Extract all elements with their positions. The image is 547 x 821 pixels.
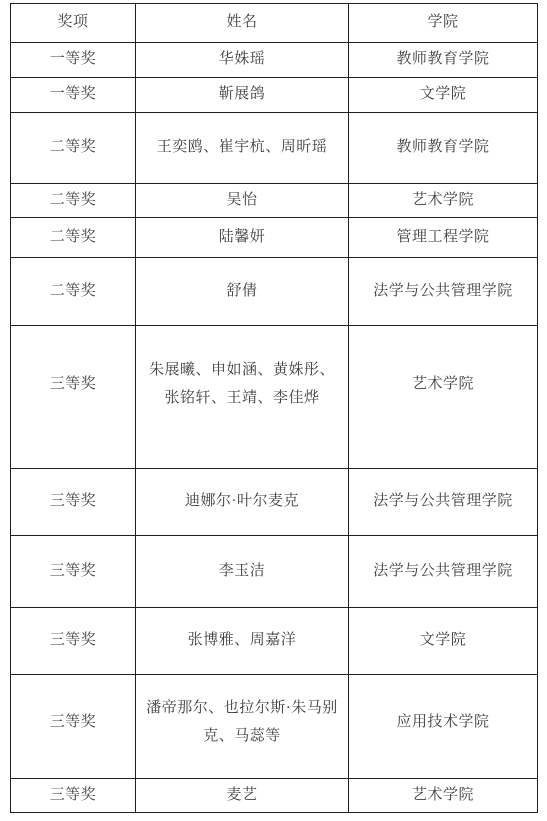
award-cell: 二等奖 (11, 218, 136, 258)
name-cell: 舒倩 (136, 258, 349, 326)
name-cell: 靳展鸽 (136, 78, 349, 113)
table-row: 二等奖王奕鸥、崔宇杭、周昕瑶教师教育学院 (11, 113, 538, 184)
header-college: 学院 (349, 4, 538, 43)
awards-table: 奖项 姓名 学院 一等奖华姝瑶教师教育学院一等奖靳展鸽文学院二等奖王奕鸥、崔宇杭… (10, 3, 538, 813)
header-name: 姓名 (136, 4, 349, 43)
award-cell: 二等奖 (11, 113, 136, 184)
table-row: 三等奖朱展曦、申如涵、黄姝彤、张铭轩、王靖、李佳烨艺术学院 (11, 326, 538, 469)
college-cell: 法学与公共管理学院 (349, 536, 538, 608)
table-row: 三等奖迪娜尔·叶尔麦克法学与公共管理学院 (11, 469, 538, 536)
college-cell: 文学院 (349, 78, 538, 113)
name-cell: 王奕鸥、崔宇杭、周昕瑶 (136, 113, 349, 184)
name-cell: 朱展曦、申如涵、黄姝彤、张铭轩、王靖、李佳烨 (136, 326, 349, 469)
table-row: 三等奖麦艺艺术学院 (11, 779, 538, 813)
award-cell: 三等奖 (11, 608, 136, 675)
college-cell: 艺术学院 (349, 184, 538, 218)
college-cell: 艺术学院 (349, 326, 538, 469)
college-cell: 管理工程学院 (349, 218, 538, 258)
name-cell: 陆馨妍 (136, 218, 349, 258)
table-row: 二等奖陆馨妍管理工程学院 (11, 218, 538, 258)
college-cell: 法学与公共管理学院 (349, 469, 538, 536)
name-cell: 李玉洁 (136, 536, 349, 608)
college-cell: 文学院 (349, 608, 538, 675)
header-row: 奖项 姓名 学院 (11, 4, 538, 43)
college-cell: 教师教育学院 (349, 113, 538, 184)
name-cell: 华姝瑶 (136, 43, 349, 78)
college-cell: 法学与公共管理学院 (349, 258, 538, 326)
award-cell: 三等奖 (11, 536, 136, 608)
award-cell: 二等奖 (11, 184, 136, 218)
college-cell: 艺术学院 (349, 779, 538, 813)
table-row: 二等奖舒倩法学与公共管理学院 (11, 258, 538, 326)
name-cell: 迪娜尔·叶尔麦克 (136, 469, 349, 536)
college-cell: 教师教育学院 (349, 43, 538, 78)
college-cell: 应用技术学院 (349, 675, 538, 779)
table-row: 一等奖华姝瑶教师教育学院 (11, 43, 538, 78)
name-cell: 吴怡 (136, 184, 349, 218)
document-page: 奖项 姓名 学院 一等奖华姝瑶教师教育学院一等奖靳展鸽文学院二等奖王奕鸥、崔宇杭… (0, 0, 547, 821)
name-cell: 麦艺 (136, 779, 349, 813)
table-body: 一等奖华姝瑶教师教育学院一等奖靳展鸽文学院二等奖王奕鸥、崔宇杭、周昕瑶教师教育学… (11, 43, 538, 813)
award-cell: 一等奖 (11, 43, 136, 78)
award-cell: 三等奖 (11, 779, 136, 813)
table-row: 三等奖张博雅、周嘉洋文学院 (11, 608, 538, 675)
name-cell: 张博雅、周嘉洋 (136, 608, 349, 675)
table-row: 三等奖李玉洁法学与公共管理学院 (11, 536, 538, 608)
award-cell: 二等奖 (11, 258, 136, 326)
award-cell: 一等奖 (11, 78, 136, 113)
table-row: 二等奖吴怡艺术学院 (11, 184, 538, 218)
table-row: 三等奖潘帝那尔、也拉尔斯·朱马别克、马蕊等应用技术学院 (11, 675, 538, 779)
name-cell: 潘帝那尔、也拉尔斯·朱马别克、马蕊等 (136, 675, 349, 779)
table-row: 一等奖靳展鸽文学院 (11, 78, 538, 113)
award-cell: 三等奖 (11, 469, 136, 536)
header-award: 奖项 (11, 4, 136, 43)
award-cell: 三等奖 (11, 326, 136, 469)
award-cell: 三等奖 (11, 675, 136, 779)
